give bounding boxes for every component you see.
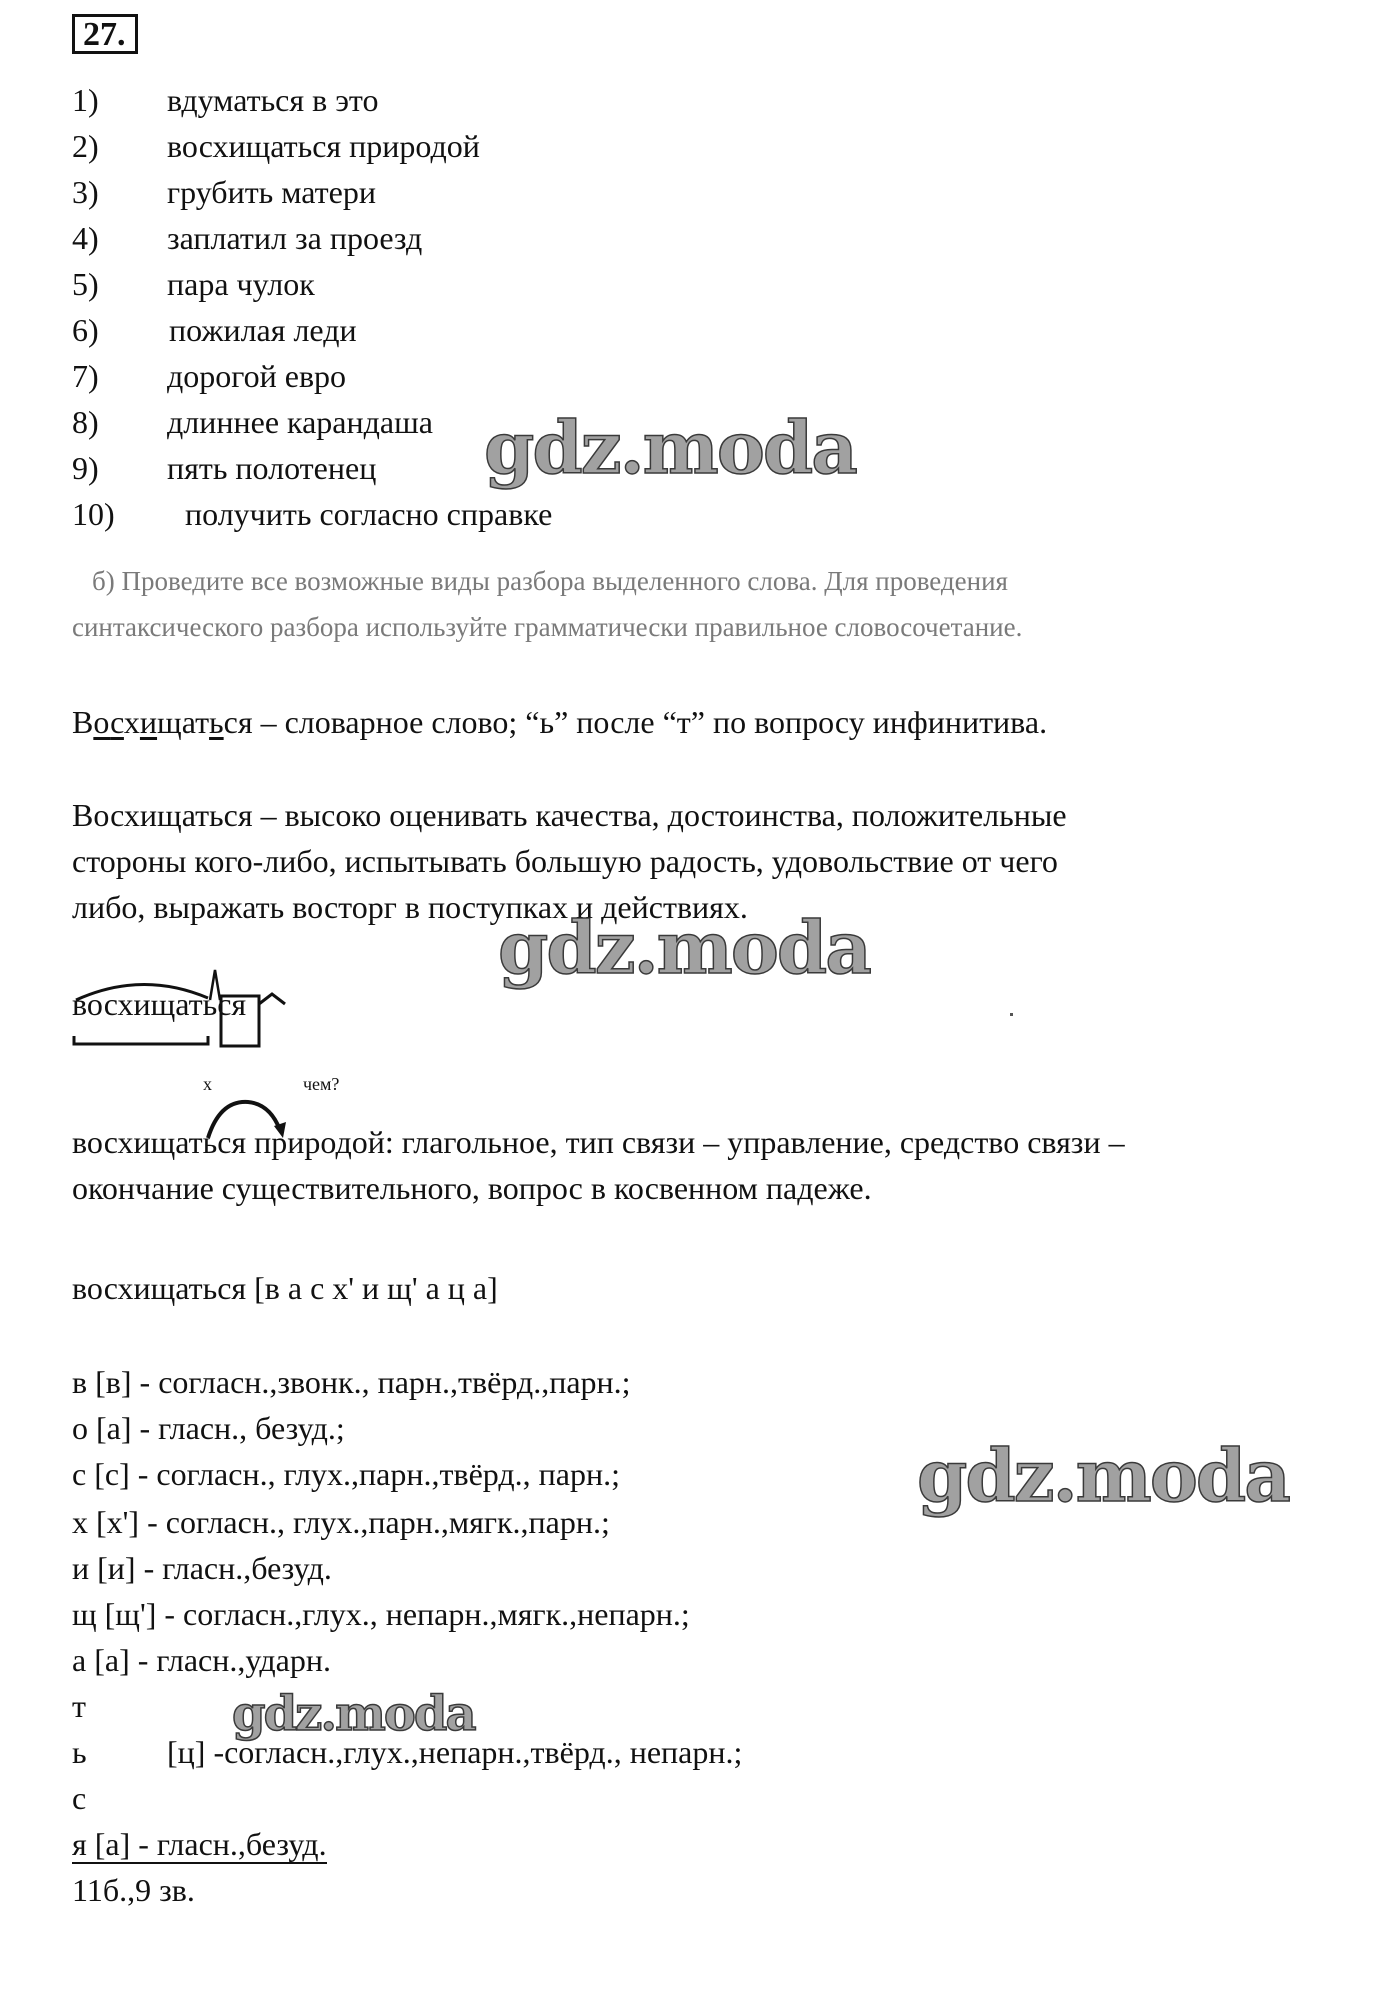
- phonetic-row: х [х'] - согласн., глух.,парн.,мягк.,пар…: [72, 1504, 610, 1540]
- task-note-line: синтаксического разбора используйте грам…: [72, 612, 1022, 642]
- list-item: 9)пять полотенец: [72, 450, 376, 496]
- morpheme-word: восхищаться: [72, 986, 246, 1022]
- list-item: 4)заплатил за проезд: [72, 220, 422, 266]
- watermark: gdz.moda: [917, 1433, 1289, 1518]
- phonetic-row: с: [72, 1780, 86, 1816]
- definition-line: стороны кого-либо, испытывать большую ра…: [72, 843, 1058, 879]
- orthogram-letter: о: [93, 704, 110, 740]
- orthogram-letter: ь: [209, 704, 224, 740]
- definition-line: Восхищаться – высоко оценивать качества,…: [72, 797, 1067, 833]
- word-fragment: х: [124, 704, 140, 740]
- list-item: 3)грубить матери: [72, 174, 376, 220]
- spelling-analysis: Восхищаться – словарное слово; “ь” после…: [72, 704, 1047, 740]
- phonetic-row: я [а] - гласн.,безуд.: [72, 1826, 327, 1864]
- phonetic-row: в [в] - согласн.,звонк., парн.,твёрд.,па…: [72, 1364, 631, 1400]
- phonetic-row: и [и] - гласн.,безуд.: [72, 1550, 332, 1586]
- list-item: 8)длиннее карандаша: [72, 404, 433, 450]
- word-fragment: ся: [224, 704, 253, 740]
- transcription: восхищаться [в а с х' и щ' а ц а]: [72, 1270, 498, 1306]
- list-item: 6)пожилая леди: [72, 312, 357, 358]
- postfix-roof-icon: [259, 994, 285, 1004]
- morpheme-diagram: восхищаться: [72, 960, 312, 1050]
- scan-speck: [1010, 1013, 1013, 1016]
- phonetic-row: а [а] - гласн.,ударн.: [72, 1642, 331, 1678]
- syntax-line: восхищаться природой: глагольное, тип св…: [72, 1124, 1125, 1160]
- orthogram-letter: и: [140, 704, 157, 740]
- phonetic-row: с [с] - согласн., глух.,парн.,твёрд., па…: [72, 1456, 620, 1492]
- analyzed-word: Восхищаться: [72, 704, 253, 740]
- list-item: 10)получить согласно справке: [72, 496, 552, 542]
- phonetic-row: ь: [72, 1734, 87, 1770]
- task-number: 27.: [72, 14, 138, 54]
- orthogram-letter: с: [110, 704, 124, 740]
- syntax-line: окончание существительного, вопрос в кос…: [72, 1170, 872, 1206]
- list-item: 7)дорогой евро: [72, 358, 346, 404]
- watermark: gdz.moda: [484, 405, 856, 490]
- task-note-line: б) Проведите все возможные виды разбора …: [92, 566, 1008, 596]
- watermark: gdz.moda: [232, 1686, 475, 1742]
- stem-bracket-icon: [74, 1036, 208, 1044]
- phonetic-row: о [а] - гласн., безуд.;: [72, 1410, 345, 1446]
- word-fragment: В: [72, 704, 93, 740]
- phonetic-row: т: [72, 1688, 86, 1724]
- watermark: gdz.moda: [498, 905, 870, 990]
- letters-sounds-summary: 11б.,9 зв.: [72, 1872, 195, 1908]
- list-item: 5)пара чулок: [72, 266, 315, 312]
- word-fragment: щат: [157, 704, 209, 740]
- phonetic-row: щ [щ'] - согласн.,глух., непарн.,мягк.,н…: [72, 1596, 690, 1632]
- list-item: 1)вдуматься в это: [72, 82, 378, 128]
- list-item: 2)восхищаться природой: [72, 128, 480, 174]
